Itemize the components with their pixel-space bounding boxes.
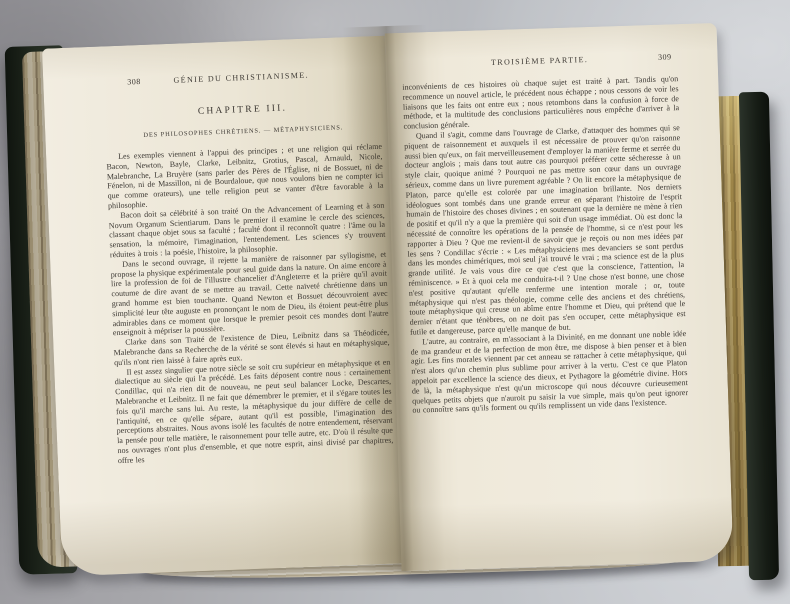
- paragraph: Les exemples viennent à l'appui des prin…: [106, 142, 384, 211]
- right-running-title: TROISIÈME PARTIE.: [402, 52, 678, 70]
- left-page-header: 308 GÉNIE DU CHRISTIANISME.: [103, 68, 379, 93]
- paragraph: Dans le second ouvrage, il rejette la ma…: [110, 249, 389, 338]
- paragraph: Quand il s'agit, comme dans l'ouvrage de…: [404, 123, 686, 337]
- right-page-content: TROISIÈME PARTIE. 309 inconvénients de c…: [402, 52, 693, 556]
- right-page-header: TROISIÈME PARTIE. 309: [402, 52, 678, 75]
- chapter-heading: CHAPITRE III.: [104, 100, 380, 121]
- paragraph: Il est assez singulier que notre siècle …: [114, 357, 394, 465]
- chapter-subtitle: DES PHILOSOPHES CHRÉTIENS. — MÉTAPHYSICI…: [105, 123, 381, 141]
- right-page-number: 309: [658, 52, 672, 61]
- left-page: 308 GÉNIE DU CHRISTIANISME. CHAPITRE III…: [42, 36, 405, 577]
- left-running-title: GÉNIE DU CHRISTIANISME.: [103, 68, 379, 88]
- right-page-body: inconvénients de ces histoires où chaque…: [402, 74, 688, 416]
- photo-scene: 308 GÉNIE DU CHRISTIANISME. CHAPITRE III…: [0, 0, 790, 604]
- paragraph: L'autre, au contraire, en m'associant à …: [410, 329, 688, 416]
- paragraph: inconvénients de ces histoires où chaque…: [402, 74, 679, 132]
- left-page-body: Les exemples viennent à l'appui des prin…: [106, 142, 394, 466]
- right-page: TROISIÈME PARTIE. 309 inconvénients de c…: [385, 23, 734, 571]
- left-page-content: 308 GÉNIE DU CHRISTIANISME. CHAPITRE III…: [103, 68, 397, 558]
